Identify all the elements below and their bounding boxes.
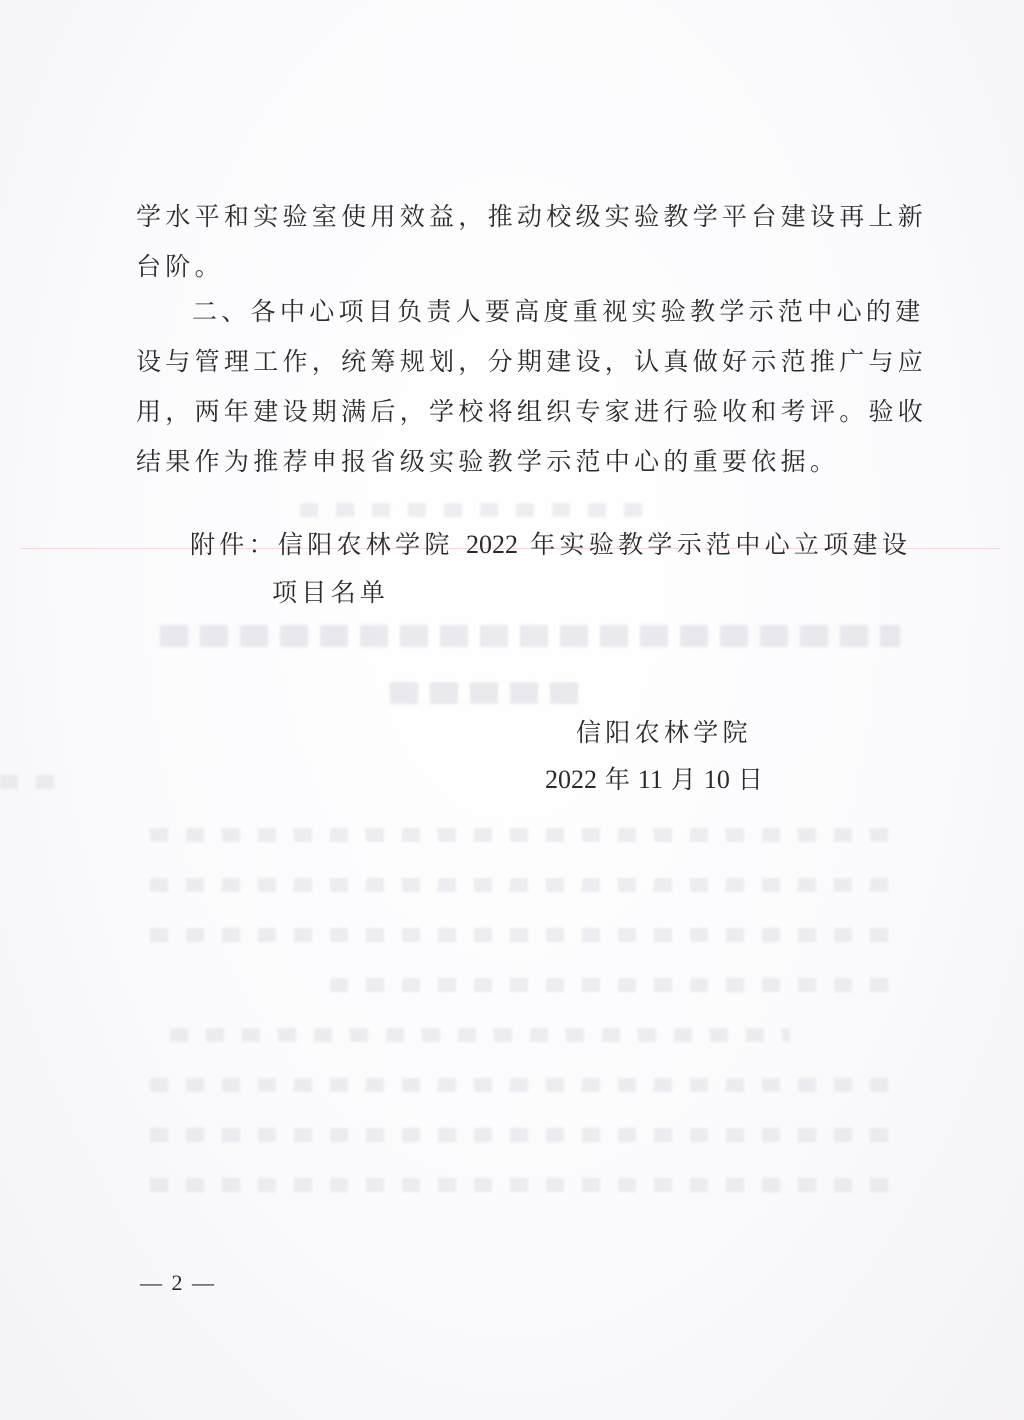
signature-date: 2022 年 11 月 10 日: [545, 767, 763, 793]
attachment-line-1: 附件：信阳农林学院 2022 年实验教学示范中心立项建设: [190, 532, 911, 558]
document-page: 学水平和实验室使用效益，推动校级实验教学平台建设再上新 台阶。 二、各中心项目负…: [0, 0, 1024, 1420]
paragraph-2-line-1: 二、各中心项目负责人要高度重视实验教学示范中心的建: [192, 299, 925, 324]
bleed-through-texture: [150, 928, 890, 942]
paragraph-1-line-1: 学水平和实验室使用效益，推动校级实验教学平台建设再上新: [136, 204, 927, 229]
attachment-year: 2022: [466, 530, 518, 559]
bleed-through-texture: [300, 503, 660, 517]
date-day: 10: [704, 765, 730, 794]
bleed-through-texture: [150, 1128, 890, 1142]
bleed-through-texture: [160, 625, 900, 647]
bleed-through-texture: [150, 1078, 890, 1092]
date-day-unit: 日: [738, 765, 763, 794]
paragraph-2-line-2: 设与管理工作，统筹规划，分期建设，认真做好示范推广与应: [136, 349, 927, 374]
paragraph-2-line-3: 用，两年建设期满后，学校将组织专家进行验收和考评。验收: [136, 399, 927, 424]
attachment-line-2: 项目名单: [272, 580, 389, 605]
attachment-label: 附件：: [190, 530, 278, 559]
signature-organization: 信阳农林学院: [576, 720, 752, 745]
bleed-through-texture: [150, 878, 890, 892]
date-month-unit: 月: [671, 765, 696, 794]
attachment-title-suffix: 年实验教学示范中心立项建设: [530, 530, 911, 559]
paragraph-2-line-4: 结果作为推荐申报省级实验教学示范中心的重要依据。: [136, 449, 839, 474]
bleed-through-texture: [170, 1028, 790, 1042]
attachment-title-prefix: 信阳农林学院: [278, 530, 454, 559]
date-month: 11: [638, 765, 663, 794]
bleed-through-texture: [390, 682, 590, 704]
date-year-unit: 年: [605, 765, 630, 794]
paragraph-1-line-2: 台阶。: [136, 254, 224, 279]
bleed-through-texture: [330, 978, 890, 992]
date-year: 2022: [545, 765, 597, 794]
page-number: — 2 —: [140, 1270, 216, 1296]
bleed-through-texture: [0, 775, 60, 789]
bleed-through-texture: [150, 1178, 890, 1192]
bleed-through-texture: [150, 828, 890, 842]
